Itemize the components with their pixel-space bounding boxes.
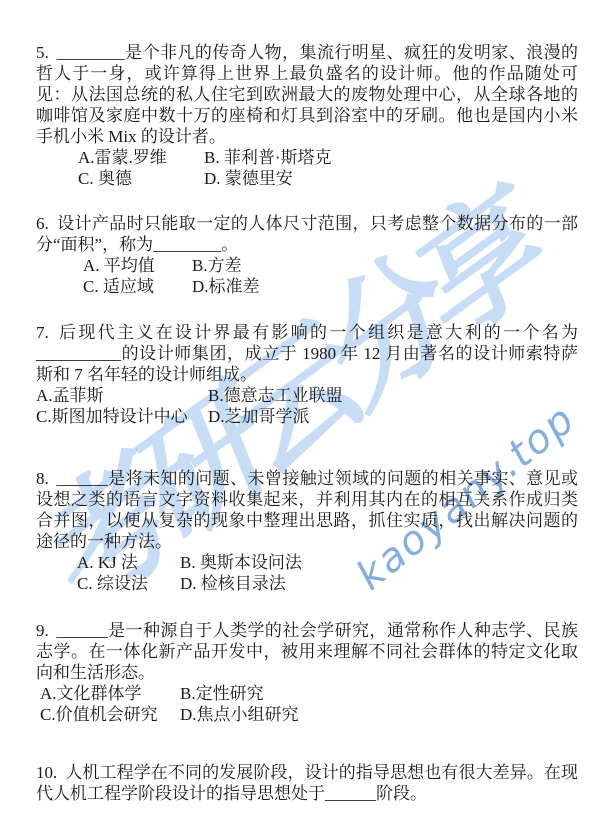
option-row: A. 平均值 B.方差 [83, 255, 578, 276]
question-7-options: A.孟菲斯 B.德意志工业联盟 C.斯图加特设计中心 D.芝加哥学派 [36, 385, 578, 427]
option-d: D.标准差 [192, 276, 260, 297]
option-row: A.孟菲斯 B.德意志工业联盟 [36, 385, 578, 406]
option-row: C. 综设法 D. 检核目录法 [77, 573, 578, 594]
question-number: 8. [36, 469, 49, 488]
option-c: C.价值机会研究 [40, 704, 180, 725]
exam-page: 5.________是个非凡的传奇人物，集流行明星、疯狂的发明家、浪漫的哲人于一… [0, 0, 612, 804]
option-row: A.文化群体学 B.定性研究 [40, 683, 578, 704]
question-number: 7. [36, 323, 49, 342]
question-stem: ______是将未知的问题、未曾接触过领域的问题的相关事实、意见或设想之类的语言… [36, 469, 578, 551]
option-d: D. 蒙德里安 [204, 168, 293, 189]
question-number: 10. [36, 763, 57, 782]
option-c: C. 奥德 [78, 168, 204, 189]
question-5: 5.________是个非凡的传奇人物，集流行明星、疯狂的发明家、浪漫的哲人于一… [36, 42, 578, 189]
question-5-options: A.雷蒙.罗维 B. 菲利普·斯塔克 C. 奥德 D. 蒙德里安 [36, 147, 578, 189]
option-c: C. 综设法 [77, 573, 180, 594]
question-stem: 后现代主义在设计界最有影响的一个组织是意大利的一个名为__________的设计… [36, 323, 578, 384]
question-10-text: 10.人机工程学在不同的发展阶段，设计的指导思想也有很大差异。在现代人机工程学阶… [36, 762, 578, 804]
option-a: A. KJ 法 [77, 552, 180, 573]
question-7-text: 7.后现代主义在设计界最有影响的一个组织是意大利的一个名为__________的… [36, 322, 578, 385]
option-b: B.定性研究 [180, 683, 264, 704]
question-number: 9. [36, 621, 49, 640]
option-c: C.斯图加特设计中心 [36, 406, 208, 427]
question-8: 8.______是将未知的问题、未曾接触过领域的问题的相关事实、意见或设想之类的… [36, 468, 578, 594]
option-a: A.雷蒙.罗维 [78, 147, 204, 168]
option-row: A.雷蒙.罗维 B. 菲利普·斯塔克 [78, 147, 578, 168]
question-number: 5. [36, 43, 49, 62]
option-b: B. 奥斯本设问法 [180, 552, 302, 573]
question-stem: 人机工程学在不同的发展阶段，设计的指导思想也有很大差异。在现代人机工程学阶段设计… [36, 763, 578, 803]
option-row: C.斯图加特设计中心 D.芝加哥学派 [36, 406, 578, 427]
question-number: 6. [36, 214, 49, 233]
question-10: 10.人机工程学在不同的发展阶段，设计的指导思想也有很大差异。在现代人机工程学阶… [36, 762, 578, 804]
question-6-text: 6.设计产品时只能取一定的人体尺寸范围，只考虑整个数据分布的一部分“面积”，称为… [36, 213, 578, 255]
option-a: A.文化群体学 [40, 683, 180, 704]
option-row: A. KJ 法 B. 奥斯本设问法 [77, 552, 578, 573]
question-5-text: 5.________是个非凡的传奇人物，集流行明星、疯狂的发明家、浪漫的哲人于一… [36, 42, 578, 147]
question-stem: ________是个非凡的传奇人物，集流行明星、疯狂的发明家、浪漫的哲人于一身，… [36, 43, 578, 146]
option-d: D.焦点小组研究 [180, 704, 299, 725]
option-row: C. 适应域 D.标准差 [83, 276, 578, 297]
question-9-text: 9.______是一种源自于人类学的社会学研究，通常称作人种志学、民族志学。在一… [36, 620, 578, 683]
option-d: D. 检核目录法 [180, 573, 286, 594]
question-6: 6.设计产品时只能取一定的人体尺寸范围，只考虑整个数据分布的一部分“面积”，称为… [36, 213, 578, 297]
question-stem: ______是一种源自于人类学的社会学研究，通常称作人种志学、民族志学。在一体化… [36, 621, 578, 682]
option-d: D.芝加哥学派 [208, 406, 310, 427]
option-a: A.孟菲斯 [36, 385, 208, 406]
option-b: B. 菲利普·斯塔克 [204, 147, 332, 168]
question-stem: 设计产品时只能取一定的人体尺寸范围，只考虑整个数据分布的一部分“面积”，称为__… [36, 214, 578, 254]
option-row: C. 奥德 D. 蒙德里安 [78, 168, 578, 189]
question-6-options: A. 平均值 B.方差 C. 适应域 D.标准差 [36, 255, 578, 297]
question-8-text: 8.______是将未知的问题、未曾接触过领域的问题的相关事实、意见或设想之类的… [36, 468, 578, 552]
option-a: A. 平均值 [83, 255, 192, 276]
option-row: C.价值机会研究 D.焦点小组研究 [40, 704, 578, 725]
option-c: C. 适应域 [83, 276, 192, 297]
question-8-options: A. KJ 法 B. 奥斯本设问法 C. 综设法 D. 检核目录法 [36, 552, 578, 594]
option-b: B.德意志工业联盟 [208, 385, 343, 406]
question-7: 7.后现代主义在设计界最有影响的一个组织是意大利的一个名为__________的… [36, 322, 578, 427]
question-9: 9.______是一种源自于人类学的社会学研究，通常称作人种志学、民族志学。在一… [36, 620, 578, 725]
option-b: B.方差 [192, 255, 242, 276]
question-9-options: A.文化群体学 B.定性研究 C.价值机会研究 D.焦点小组研究 [36, 683, 578, 725]
